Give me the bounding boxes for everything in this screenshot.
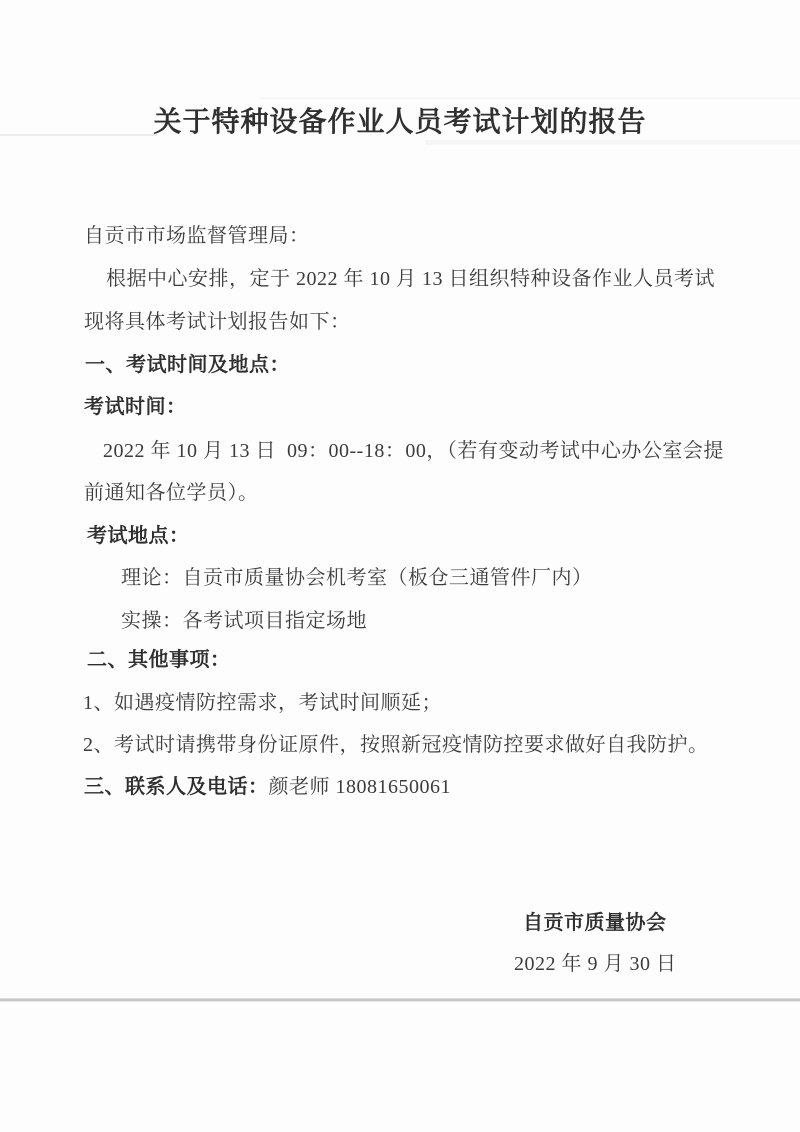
salutation: 自贡市市场监督管理局：	[84, 224, 310, 249]
document-title: 关于特种设备作业人员考试计划的报告	[0, 100, 800, 140]
signature-organization: 自贡市质量协会	[523, 911, 667, 936]
scan-artifact-smear-right	[425, 140, 800, 145]
scan-page-edge-line	[0, 998, 800, 1002]
exam-time-label: 考试时间：	[84, 395, 187, 420]
contact-person-phone: 颜老师 18081650061	[269, 776, 452, 798]
exam-place-theory: 理论：自贡市质量协会机考室（板仓三通管件厂内）	[121, 566, 593, 591]
scanned-document-page: 关于特种设备作业人员考试计划的报告 自贡市市场监督管理局： 根据中心安排，定于 …	[0, 0, 800, 1132]
exam-place-label: 考试地点：	[87, 524, 190, 549]
section3-contact-line: 三、联系人及电话：颜老师 18081650061	[84, 775, 451, 800]
section1-heading: 一、考试时间及地点：	[85, 353, 290, 378]
intro-line-2: 现将具体考试计划报告如下：	[84, 310, 351, 335]
section2-item-1: 1、如遇疫情防控需求，考试时间顺延；	[83, 691, 442, 716]
section3-heading: 三、联系人及电话：	[84, 776, 269, 798]
section2-heading: 二、其他事项：	[87, 648, 231, 673]
section2-item-2: 2、考试时请携带身份证原件，按照新冠疫情防控要求做好自我防护。	[83, 733, 709, 758]
intro-line-1: 根据中心安排，定于 2022 年 10 月 13 日组织特种设备作业人员考试	[106, 267, 715, 292]
signature-date: 2022 年 9 月 30 日	[514, 952, 677, 977]
scan-artifact-band	[260, 97, 800, 99]
exam-time-line-1: 2022 年 10 月 13 日 09：00--18：00，（若有变动考试中心办…	[103, 439, 724, 464]
exam-place-practice: 实操：各考试项目指定场地	[121, 609, 367, 634]
exam-time-line-2: 前通知各位学员）。	[84, 481, 259, 506]
